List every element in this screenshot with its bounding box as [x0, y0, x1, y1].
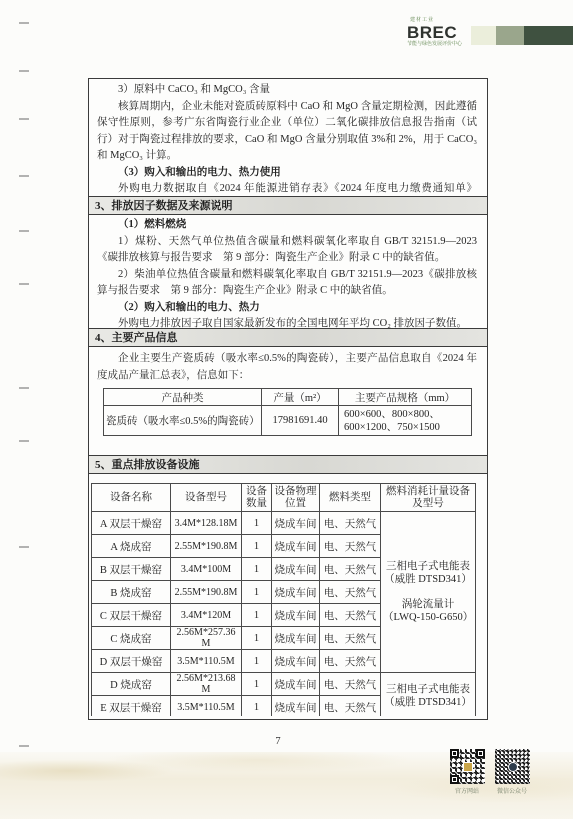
official-website-label: 官方网站 — [449, 786, 485, 795]
device-location-cell: 烧成车间 — [272, 650, 320, 673]
brec-logo: 建材工业 BREC 节能与绿色发展评价中心 — [407, 18, 473, 47]
device-name-cell: A 烧成窑 — [92, 535, 171, 558]
power-use-paragraph: 外购电力数据取自《2024 年能源进销存表》《2024 年度电力缴费通知单》《2… — [97, 181, 477, 196]
device-model-cell: 3.4M*128.18M — [171, 512, 242, 535]
product-table-header-row: 产品种类 产量（m²） 主要产品规格（mm） — [104, 389, 472, 406]
product-intro-paragraph: 企业主要生产瓷质砖（吸水率≤0.5%的陶瓷砖），主要产品信息取自《2024 年度… — [97, 351, 477, 384]
device-location-header: 设备物理位置 — [272, 484, 320, 512]
fuel-type-cell: 电、天然气 — [320, 512, 381, 535]
device-model-cell: 2.56M*213.68M — [171, 673, 242, 696]
punch-mark — [19, 546, 29, 548]
color-bar-segment-light — [471, 26, 496, 45]
product-specs-header: 主要产品规格（mm） — [339, 389, 472, 406]
meter-line: 涡轮流量计 — [383, 598, 473, 611]
device-name-cell: B 烧成窑 — [92, 581, 171, 604]
device-name-header: 设备名称 — [92, 484, 171, 512]
power-use-heading: （3）购入和输出的电力、热力使用 — [97, 165, 477, 182]
device-location-cell: 烧成车间 — [272, 581, 320, 604]
meter-line: （威胜 DTSD341） — [383, 573, 473, 586]
fuel-type-header: 燃料类型 — [320, 484, 381, 512]
wechat-label: 微信公众号 — [494, 786, 530, 795]
meter-group1-cell: 三相电子式电能表 （威胜 DTSD341） 涡轮流量计 （LWQ-150-G65… — [381, 512, 476, 673]
wechat-qr-icon — [495, 749, 530, 784]
color-bar-segment-mid — [496, 26, 524, 45]
device-count-header: 设备数量 — [242, 484, 272, 512]
device-location-cell: 烧成车间 — [272, 512, 320, 535]
official-website-qr-block: 官方网站 — [449, 749, 485, 795]
punch-mark — [19, 387, 29, 389]
product-type-cell: 瓷质砖（吸水率≤0.5%的陶瓷砖） — [104, 406, 262, 436]
punch-mark — [19, 230, 29, 232]
device-model-header: 设备型号 — [171, 484, 242, 512]
device-location-cell: 烧成车间 — [272, 673, 320, 696]
meter-header: 燃料消耗计量设备及型号 — [381, 484, 476, 512]
official-website-qr-icon — [450, 749, 485, 784]
device-count-cell: 1 — [242, 604, 272, 627]
fuel-combustion-p1: 1）煤粉、天然气单位热值含碳量和燃料碳氧化率取自 GB/T 32151.9—20… — [97, 234, 477, 267]
device-location-cell: 烧成车间 — [272, 696, 320, 717]
punch-mark — [19, 118, 29, 120]
fuel-type-cell: 电、天然气 — [320, 558, 381, 581]
scanned-document-page: 建材工业 BREC 节能与绿色发展评价中心 3）原料中 CaCO₃ 和 MgCO… — [0, 0, 573, 819]
section-5-body: 设备名称 设备型号 设备数量 设备物理位置 燃料类型 燃料消耗计量设备及型号 A… — [89, 474, 487, 716]
electricity-heat-heading: （2）购入和输出的电力、热力 — [97, 300, 477, 317]
product-output-header: 产量（m²） — [262, 389, 339, 406]
color-bar-segment-dark — [524, 26, 573, 45]
fuel-type-cell: 电、天然气 — [320, 696, 381, 717]
fuel-type-cell: 电、天然气 — [320, 535, 381, 558]
meter-line: 三相电子式电能表 — [383, 683, 473, 696]
footer-qr-codes: 官方网站 微信公众号 — [449, 749, 530, 795]
meter-group2-cell: 三相电子式电能表 （威胜 DTSD341） — [381, 673, 476, 717]
device-location-cell: 烧成车间 — [272, 535, 320, 558]
device-model-cell: 3.4M*100M — [171, 558, 242, 581]
device-model-cell: 3.4M*120M — [171, 604, 242, 627]
device-name-cell: C 烧成窑 — [92, 627, 171, 650]
fuel-type-cell: 电、天然气 — [320, 650, 381, 673]
meter-line: （威胜 DTSD341） — [383, 696, 473, 709]
qr-finder-icon — [450, 749, 459, 758]
table-row: D 烧成窑 2.56M*213.68M 1 烧成车间 电、天然气 三相电子式电能… — [92, 673, 476, 696]
device-count-cell: 1 — [242, 627, 272, 650]
section-4-body: 企业主要生产瓷质砖（吸水率≤0.5%的陶瓷砖），主要产品信息取自《2024 年度… — [89, 347, 487, 455]
section-raw-material: 3）原料中 CaCO₃ 和 MgCO₃ 含量 核算周期内，企业未能对瓷质砖原料中… — [89, 79, 487, 196]
qr-center-logo-icon — [508, 762, 518, 772]
meter-line: （LWQ-150-G650） — [383, 611, 473, 624]
logo-brand-text: BREC — [407, 24, 473, 41]
device-count-cell: 1 — [242, 512, 272, 535]
device-count-cell: 1 — [242, 558, 272, 581]
meter-line: 三相电子式电能表 — [383, 560, 473, 573]
punch-mark — [19, 745, 29, 747]
device-name-cell: A 双层干燥窑 — [92, 512, 171, 535]
logo-subtitle-text: 节能与绿色发展评价中心 — [407, 42, 473, 47]
electricity-heat-paragraph: 外购电力排放因子取自国家最新发布的全国电网年平均 CO₂ 排放因子数值。 — [97, 316, 477, 328]
device-location-cell: 烧成车间 — [272, 558, 320, 581]
raw-material-paragraph: 核算周期内，企业未能对瓷质砖原料中 CaO 和 MgO 含量定期检测，因此遵循保… — [97, 99, 477, 165]
punch-mark — [19, 22, 29, 24]
brand-color-bar — [471, 26, 573, 45]
device-count-cell: 1 — [242, 535, 272, 558]
page-number: 7 — [266, 736, 290, 747]
product-type-header: 产品种类 — [104, 389, 262, 406]
fuel-type-cell: 电、天然气 — [320, 581, 381, 604]
product-table-row: 瓷质砖（吸水率≤0.5%的陶瓷砖） 17981691.40 600×600、80… — [104, 406, 472, 436]
device-count-cell: 1 — [242, 581, 272, 604]
device-location-cell: 烧成车间 — [272, 627, 320, 650]
fuel-combustion-heading: （1）燃料燃烧 — [97, 217, 477, 234]
product-output-cell: 17981691.40 — [262, 406, 339, 436]
punch-mark — [19, 175, 29, 177]
qr-finder-icon — [476, 749, 485, 758]
device-name-cell: E 双层干燥窑 — [92, 696, 171, 717]
punch-mark — [19, 440, 29, 442]
device-count-cell: 1 — [242, 650, 272, 673]
device-model-cell: 3.5M*110.5M — [171, 696, 242, 717]
device-model-cell: 2.56M*257.36M — [171, 627, 242, 650]
device-model-cell: 3.5M*110.5M — [171, 650, 242, 673]
qr-finder-icon — [450, 775, 459, 784]
device-location-cell: 烧成车间 — [272, 604, 320, 627]
equipment-table: 设备名称 设备型号 设备数量 设备物理位置 燃料类型 燃料消耗计量设备及型号 A… — [91, 483, 476, 716]
product-specs-cell: 600×600、800×800、600×1200、750×1500 — [339, 406, 472, 436]
document-box: 3）原料中 CaCO₃ 和 MgCO₃ 含量 核算周期内，企业未能对瓷质砖原料中… — [88, 78, 488, 720]
device-model-cell: 2.55M*190.8M — [171, 581, 242, 604]
fuel-type-cell: 电、天然气 — [320, 627, 381, 650]
device-model-cell: 2.55M*190.8M — [171, 535, 242, 558]
section-4-header: 4、主要产品信息 — [89, 328, 487, 347]
device-name-cell: D 双层干燥窑 — [92, 650, 171, 673]
punch-mark — [19, 283, 29, 285]
qr-center-logo-icon — [463, 762, 473, 772]
punch-mark — [19, 70, 29, 72]
table-row: A 双层干燥窑 3.4M*128.18M 1 烧成车间 电、天然气 三相电子式电… — [92, 512, 476, 535]
equipment-table-header-row: 设备名称 设备型号 设备数量 设备物理位置 燃料类型 燃料消耗计量设备及型号 — [92, 484, 476, 512]
device-name-cell: B 双层干燥窑 — [92, 558, 171, 581]
section-5-header: 5、重点排放设备设施 — [89, 455, 487, 474]
section-3-body: （1）燃料燃烧 1）煤粉、天然气单位热值含碳量和燃料碳氧化率取自 GB/T 32… — [89, 215, 487, 328]
fuel-type-cell: 电、天然气 — [320, 673, 381, 696]
product-table: 产品种类 产量（m²） 主要产品规格（mm） 瓷质砖（吸水率≤0.5%的陶瓷砖）… — [103, 388, 472, 436]
fuel-combustion-p2: 2）柴油单位热值含碳量和燃料碳氧化率取自 GB/T 32151.9—2023《碳… — [97, 267, 477, 300]
device-count-cell: 1 — [242, 673, 272, 696]
section-3-header: 3、排放因子数据及来源说明 — [89, 196, 487, 215]
raw-material-heading: 3）原料中 CaCO₃ 和 MgCO₃ 含量 — [97, 82, 477, 99]
device-name-cell: C 双层干燥窑 — [92, 604, 171, 627]
fuel-type-cell: 电、天然气 — [320, 604, 381, 627]
wechat-qr-block: 微信公众号 — [494, 749, 530, 795]
device-count-cell: 1 — [242, 696, 272, 717]
device-name-cell: D 烧成窑 — [92, 673, 171, 696]
